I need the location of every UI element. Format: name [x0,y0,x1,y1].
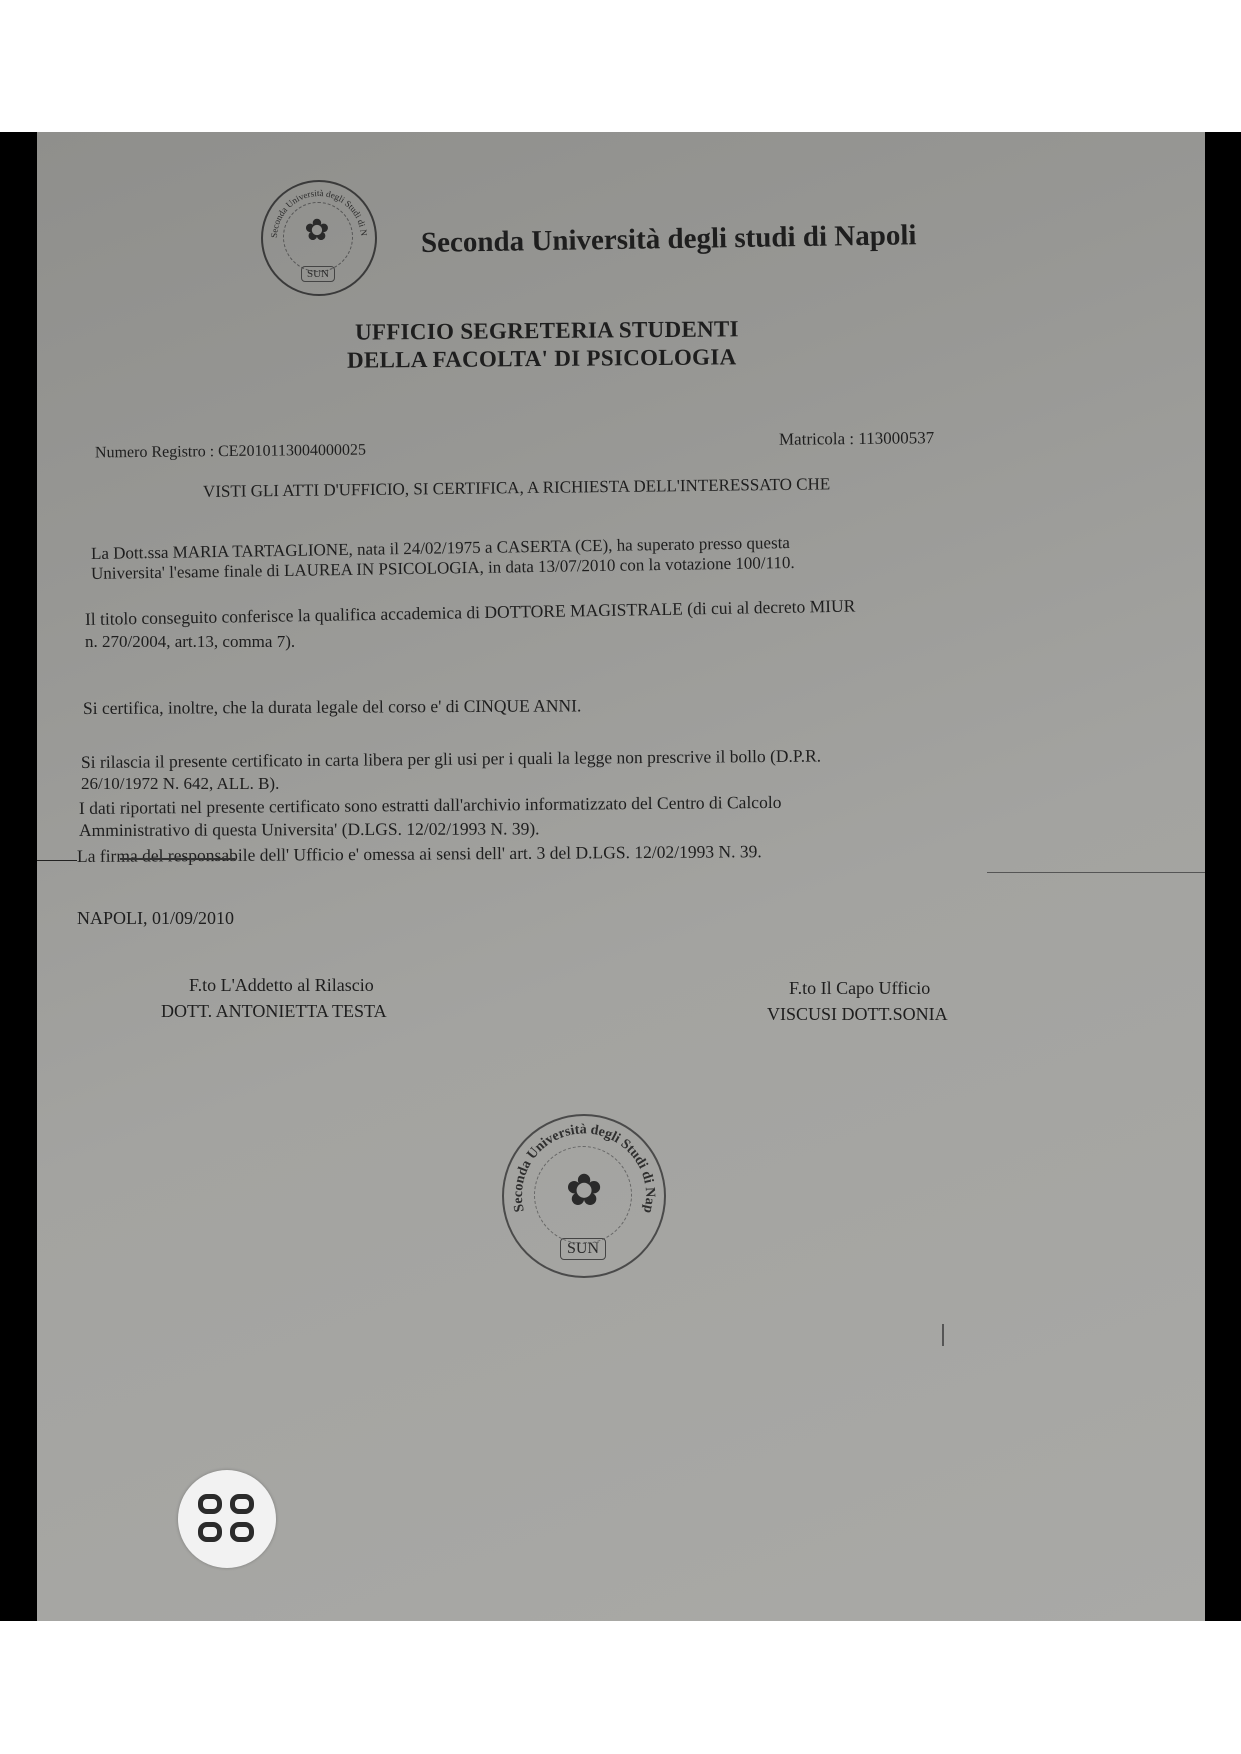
text-line: Si rilascia il presente certificato in c… [81,746,821,773]
seal-abbr: SUN [301,266,335,282]
pen-mark [942,1324,944,1346]
text-line: n. 270/2004, art.13, comma 7). [85,632,295,652]
university-seal-bottom: Seconda Università degli Studi di Napoli… [502,1114,666,1278]
text-line: 26/10/1972 N. 642, ALL. B). [81,774,279,794]
tools-menu-button[interactable] [178,1470,276,1568]
flower-emblem-icon: ✿ [556,1166,612,1216]
paper-fold-line [37,860,77,861]
signature-name: DOTT. ANTONIETTA TESTA [161,1001,387,1022]
matricola: Matricola : 113000537 [779,428,934,450]
signature-title: F.to Il Capo Ufficio [789,978,930,999]
strike-through-mark [120,858,235,860]
certification-intro: VISTI GLI ATTI D'UFFICIO, SI CERTIFICA, … [203,474,830,502]
text-line: Il titolo conseguito conferisce la quali… [85,596,856,630]
paper-fold-line [987,872,1205,873]
paragraph-duration: Si certifica, inoltre, che la durata leg… [83,695,581,719]
university-seal-top: Seconda Università degli Studi di Napoli… [261,180,377,296]
signature-title: F.to L'Addetto al Rilascio [189,975,374,996]
signature-name: VISCUSI DOTT.SONIA [767,1004,948,1025]
flower-emblem-icon: ✿ [299,214,335,248]
office-line-1: UFFICIO SEGRETERIA STUDENTI [355,316,739,345]
numero-registro: Numero Registro : CE2010113004000025 [95,442,366,463]
text-line: I dati riportati nel presente certificat… [79,792,782,819]
seal-abbr: SUN [560,1238,606,1260]
place-date: NAPOLI, 01/09/2010 [77,908,234,929]
text-line: Amministrativo di questa Universita' (D.… [79,818,540,841]
certificate-paper: Seconda Università degli Studi di Napoli… [37,132,1205,1621]
university-name: Seconda Università degli studi di Napoli [421,219,917,260]
paragraph-signature-omitted: La firma del responsabile dell' Ufficio … [77,841,762,867]
office-line-2: DELLA FACOLTA' DI PSICOLOGIA [347,344,737,373]
